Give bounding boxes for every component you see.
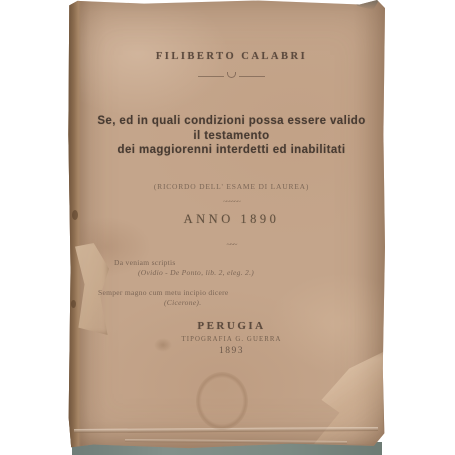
ornament-bar: [239, 76, 265, 77]
subtitle: (RICORDO DELL' ESAME DI LAUREA): [80, 182, 383, 191]
epigraph-quote-1: Da veniam scriptis: [80, 258, 383, 267]
imprint-printer: TIPOGRAFIA G. GUERRA: [80, 336, 383, 343]
spine-stain: [71, 300, 76, 308]
epigraph-attribution-1: (Ovidio - De Ponto, lib. 2, eleg. 2.): [80, 268, 383, 277]
squiggle-ornament-icon: ~~~~~~: [80, 198, 383, 206]
title-line-1: Se, ed in quali condizioni possa essere …: [80, 114, 383, 129]
title-line-2: il testamento: [80, 129, 383, 144]
thesis-year: ANNO 1890: [80, 212, 383, 227]
imprint-city: PERUGIA: [80, 320, 383, 332]
printed-text-block: FILIBERTO CALABRI Se, ed in quali condiz…: [80, 0, 383, 449]
ornament-bar: [198, 76, 224, 77]
title-line-3: dei maggiorenni interdetti ed inabilitat…: [80, 143, 383, 158]
divider-ornament-icon: [80, 74, 383, 78]
book-title: Se, ed in quali condizioni possa essere …: [80, 114, 383, 158]
squiggle-ornament-icon: ~~~: [80, 240, 383, 249]
photo-background: FILIBERTO CALABRI Se, ed in quali condiz…: [0, 0, 455, 455]
author-name: FILIBERTO CALABRI: [80, 51, 383, 62]
imprint-year: 1893: [80, 346, 383, 356]
spine-stain: [72, 210, 78, 220]
book-cover: FILIBERTO CALABRI Se, ed in quali condiz…: [68, 0, 385, 449]
epigraph-quote-2: Semper magno cum metu incipio dicere: [80, 288, 383, 297]
ornament-loop: [227, 72, 236, 78]
epigraph-attribution-2: (Cicerone).: [80, 298, 383, 307]
